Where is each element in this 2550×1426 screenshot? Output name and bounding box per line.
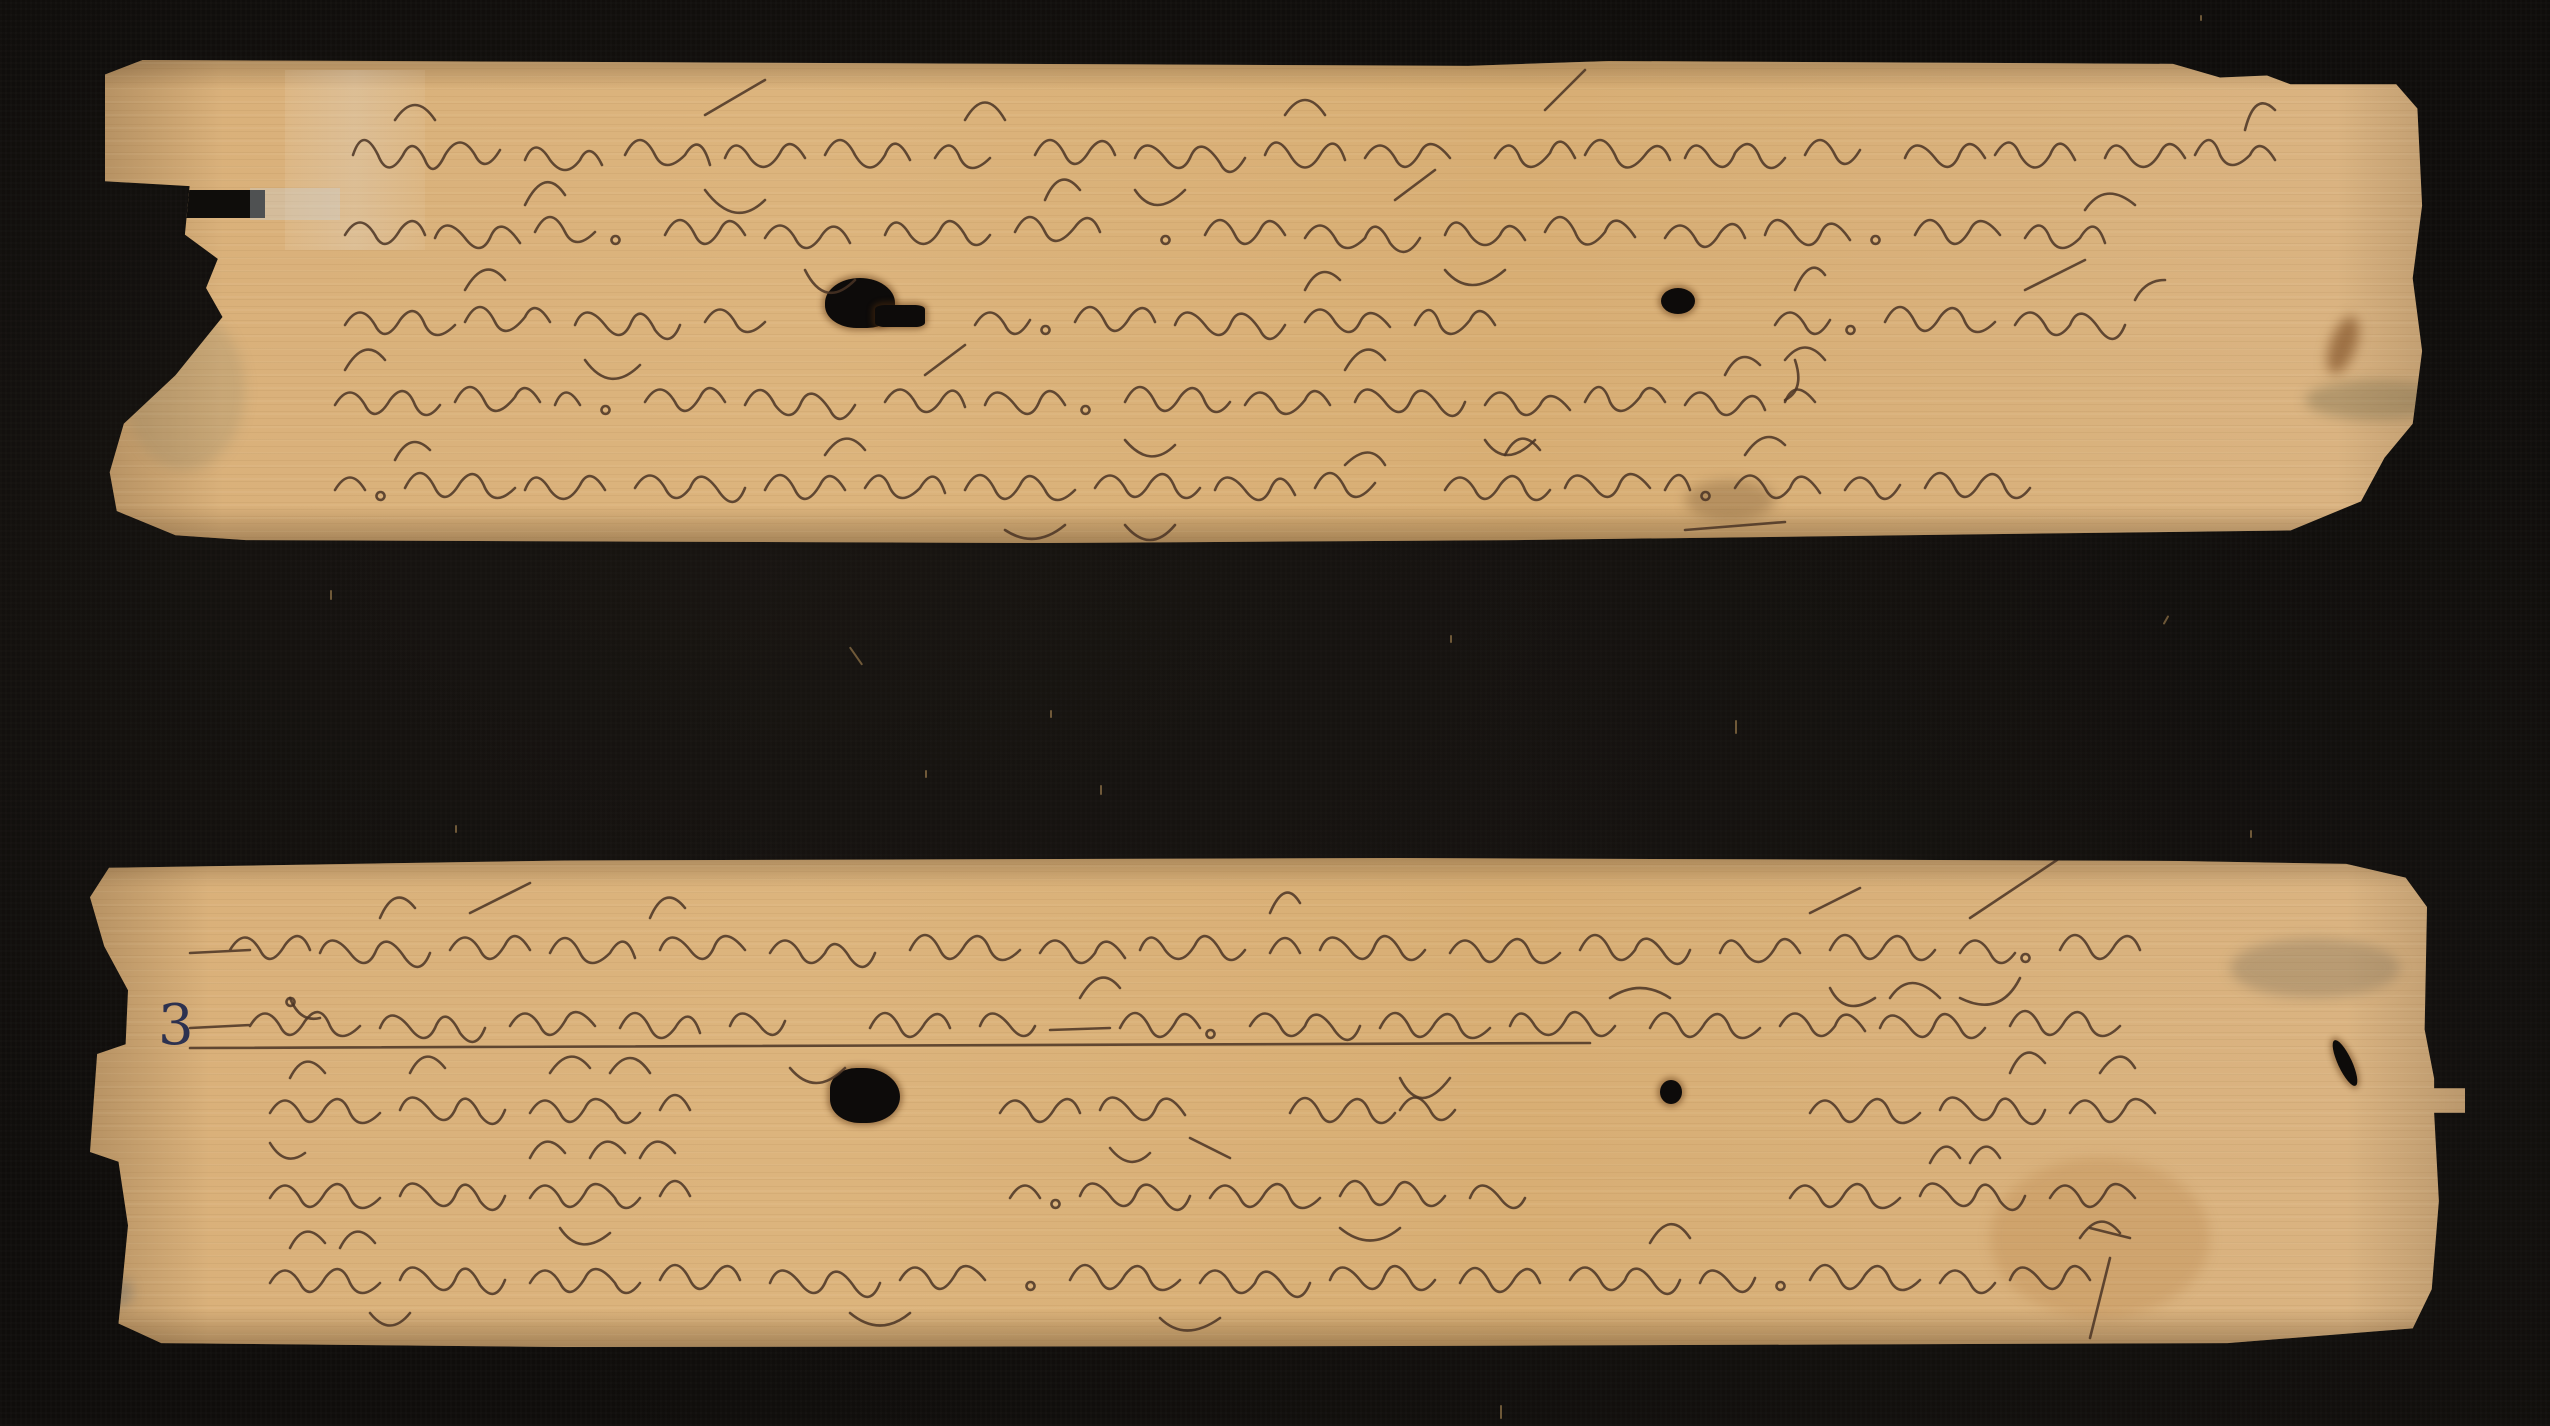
cloth-fiber [1735, 720, 1737, 734]
cloth-fiber [2250, 830, 2252, 838]
cloth-fiber [2163, 615, 2170, 625]
cloth-fiber [455, 825, 457, 833]
script-text [90, 858, 2465, 1348]
scene-description: Two palm-leaf manuscript folios photogra… [0, 0, 1, 1]
cloth-fiber [2200, 15, 2202, 21]
script-text [105, 60, 2455, 545]
manuscript-photo: 3 Two pa [0, 0, 2550, 1426]
cloth-fiber [1100, 785, 1102, 795]
cloth-fiber [1500, 1405, 1502, 1419]
cloth-fiber [849, 646, 863, 665]
cloth-fiber [1450, 635, 1452, 643]
palm-leaf-bottom: 3 [90, 858, 2465, 1348]
cloth-fiber [925, 770, 927, 778]
cloth-fiber [1050, 710, 1052, 718]
palm-leaf-top [105, 60, 2455, 545]
cloth-fiber [330, 590, 332, 600]
